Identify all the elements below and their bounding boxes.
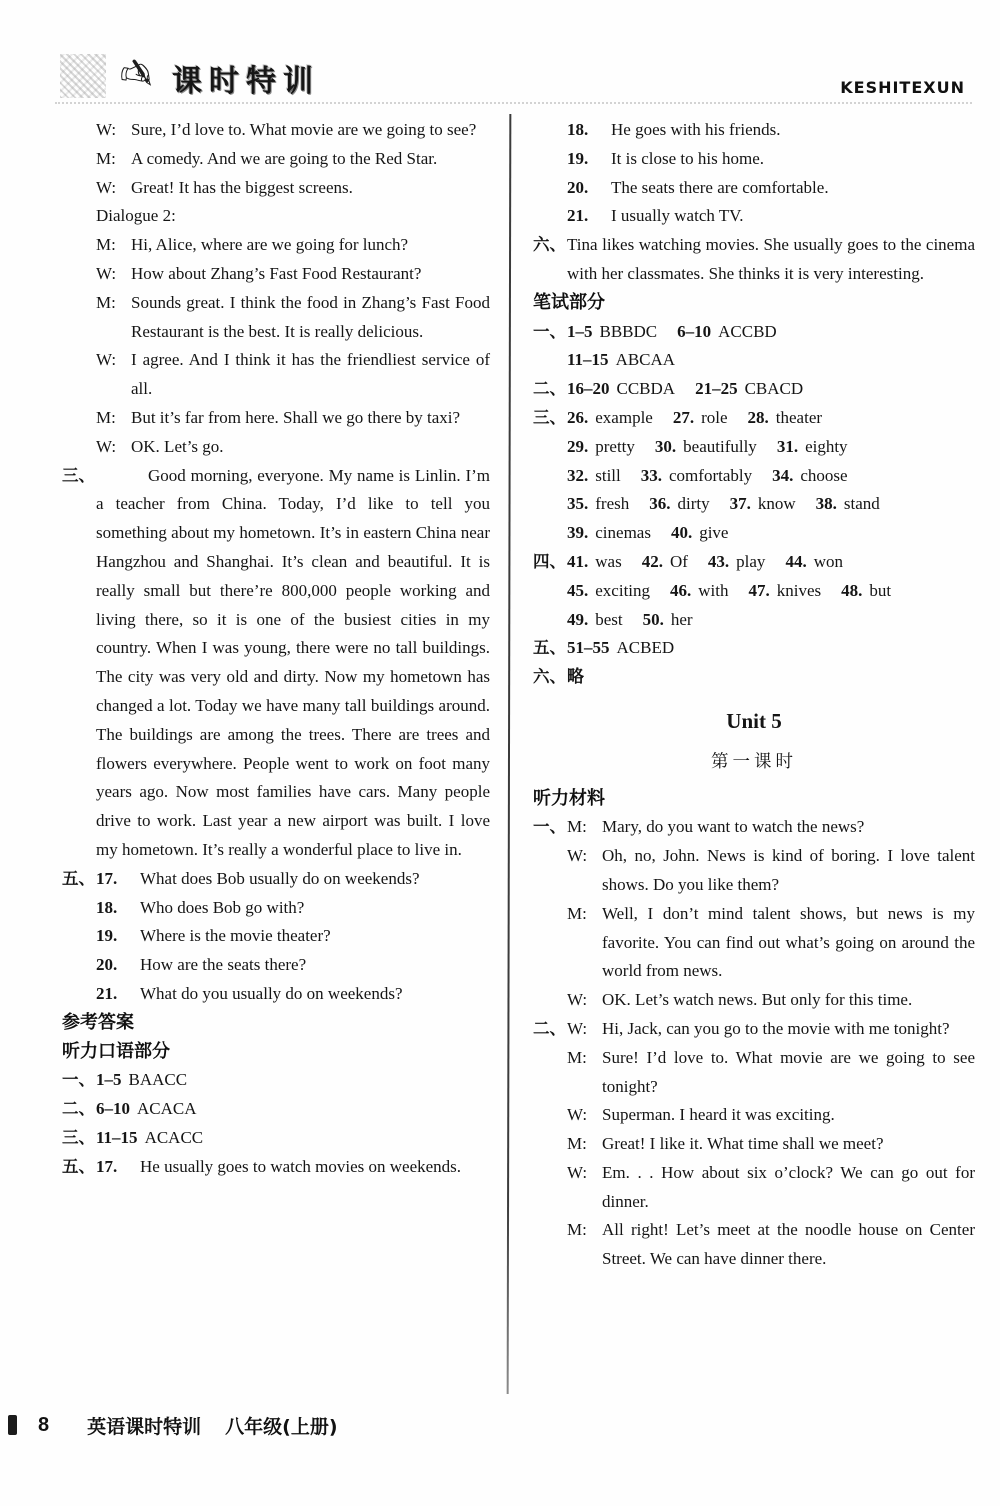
passage-text: Good morning, everyone. My name is Linli… [96,462,490,865]
answer-part: still [595,466,621,485]
answer-part: CCBDA [617,379,676,398]
answer-part: 39. [567,523,588,542]
item-number: 19. [96,922,140,951]
dialogue-text: Hi, Jack, can you go to the movie with m… [602,1015,975,1044]
answer-part: ACCBD [718,322,777,341]
answer-part: eighty [805,437,848,456]
speaker-label: W: [96,433,131,462]
speaker-label: M: [96,289,131,318]
speaker-label: W: [567,842,602,871]
answer-part: 30. [655,437,676,456]
lesson-subtitle: 第一课时 [533,748,975,777]
item-text: What do you usually do on weekends? [140,980,490,1009]
answer-part: 11–15 [567,350,609,369]
answer-part: 48. [841,581,862,600]
answers-line: 11–15ABCAA [533,346,975,375]
item-text: He goes with his friends. [611,116,975,145]
section-marker: 二、 [533,375,567,404]
answer-part: example [595,408,653,427]
answer-part: 11–15 [96,1128,138,1147]
answer-line-content: 32.still33.comfortably34.choose [567,462,975,491]
answers-line: 六、略 [533,663,975,692]
item-text: What does Bob usually do on weekends? [140,865,490,894]
section-heading: 听力口语部分 [62,1038,490,1067]
answer-part: BBBDC [600,322,658,341]
answer-part: beautifully [683,437,757,456]
item-text: Where is the movie theater? [140,922,490,951]
answers-line: 一、1–5BAACC [62,1066,490,1095]
dialogue-line: W:Great! It has the biggest screens. [62,174,490,203]
answer-part: 6–10 [677,322,711,341]
item-text: I usually watch TV. [611,202,975,231]
answers-line: 三、11–15ACACC [62,1124,490,1153]
passage-line: 六、Tina likes watching movies. She usuall… [533,231,975,289]
answer-part: fresh [595,494,629,513]
section-marker: 一、 [533,318,567,347]
answer-line-content: 略 [567,663,975,692]
dialogue-text: Sure, I’d love to. What movie are we goi… [131,116,490,145]
speaker-label: W: [567,986,602,1015]
footer-book-title: 英语课时特训 [87,1412,201,1439]
dialogue-line: M:Hi, Alice, where are we going for lunc… [62,231,490,260]
item-text: Who does Bob go with? [140,894,490,923]
item-number: 20. [96,951,140,980]
item-number: 17. [96,1153,140,1182]
answer-part: stand [844,494,880,513]
item-number: 17. [96,865,140,894]
answer-line-content: 11–15ACACC [96,1124,490,1153]
numbered-line: 21.What do you usually do on weekends? [62,980,490,1009]
answer-line-content: 11–15ABCAA [567,346,975,375]
answer-part: exciting [595,581,650,600]
dialogue-text: Sounds great. I think the food in Zhang’… [131,289,490,347]
answer-part: best [595,610,622,629]
answer-part: role [701,408,727,427]
answer-part: 46. [670,581,691,600]
answers-line: 32.still33.comfortably34.choose [533,462,975,491]
answer-part: 49. [567,610,588,629]
item-text: It is close to his home. [611,145,975,174]
answer-part: 29. [567,437,588,456]
brand-logo-text: 课时特训 [172,56,320,100]
section-marker: 二、 [533,1015,567,1044]
speaker-label: M: [96,404,131,433]
speaker-label: W: [567,1015,602,1044]
dialogue-line: M:Well, I don’t mind talent shows, but n… [533,900,975,986]
answer-part: 35. [567,494,588,513]
header-divider-rule [55,102,972,104]
dialogue-heading: Dialogue 2: [96,202,490,231]
dialogue-text: Well, I don’t mind talent shows, but new… [602,900,975,986]
dialogue-line: W:OK. Let’s go. [62,433,490,462]
section-marker: 三、 [62,1124,96,1153]
answer-part: play [736,552,765,571]
answers-line: 29.pretty30.beautifully31.eighty [533,433,975,462]
answer-part: ACACC [145,1128,204,1147]
item-number: 18. [96,894,140,923]
answer-part: 51–55 [567,638,610,657]
numbered-line: 20.How are the seats there? [62,951,490,980]
dialogue-line: M:But it’s far from here. Shall we go th… [62,404,490,433]
answers-line: 二、16–20CCBDA21–25CBACD [533,375,975,404]
answer-part: 26. [567,408,588,427]
answer-part: knives [777,581,821,600]
answer-part: know [758,494,796,513]
answer-part: 16–20 [567,379,610,398]
answers-line: 39.cinemas40.give [533,519,975,548]
unit-title: Unit 5 [533,707,975,736]
item-number: 19. [567,145,611,174]
numbered-line: 18.Who does Bob go with? [62,894,490,923]
answer-part: with [698,581,728,600]
dialogue-line: W:How about Zhang’s Fast Food Restaurant… [62,260,490,289]
answer-part: 43. [708,552,729,571]
dialogue-line: 二、W:Hi, Jack, can you go to the movie wi… [533,1015,975,1044]
dialogue-label-line: Dialogue 2: [62,202,490,231]
answer-part: 31. [777,437,798,456]
brand-name-latin: KESHITEXUN [840,78,965,97]
column-divider [507,114,511,1394]
dialogue-line: M:Great! I like it. What time shall we m… [533,1130,975,1159]
dialogue-line: M:A comedy. And we are going to the Red … [62,145,490,174]
answer-part: give [699,523,728,542]
numbered-line: 21.I usually watch TV. [533,202,975,231]
answer-line-content: 6–10ACACA [96,1095,490,1124]
section-marker: 五、 [533,634,567,663]
section-marker: 四、 [533,548,567,577]
passage-text: Tina likes watching movies. She usually … [567,231,975,289]
answer-line-content: 51–55ACBED [567,634,975,663]
answers-line: 三、26.example27.role28.theater [533,404,975,433]
item-number: 20. [567,174,611,203]
answer-part: 41. [567,552,588,571]
answers-line: 35.fresh36.dirty37.know38.stand [533,490,975,519]
dialogue-text: OK. Let’s go. [131,433,490,462]
answers-line: 一、1–5BBBDC6–10ACCBD [533,318,975,347]
speaker-label: M: [567,1044,602,1073]
dialogue-line: W:Superman. I heard it was exciting. [533,1101,975,1130]
answer-part: 28. [748,408,769,427]
dialogue-text: Hi, Alice, where are we going for lunch? [131,231,490,260]
speaker-label: W: [567,1101,602,1130]
dialogue-line: W:I agree. And I think it has the friend… [62,346,490,404]
section-marker: 一、 [62,1066,96,1095]
speaker-label: M: [567,1130,602,1159]
dialogue-line: M:Sounds great. I think the food in Zhan… [62,289,490,347]
speaker-label: M: [96,145,131,174]
speaker-label: W: [96,116,131,145]
left-column: W:Sure, I’d love to. What movie are we g… [62,116,490,1181]
answer-part: 34. [772,466,793,485]
writing-hand-icon: ✍ [117,48,157,100]
numbered-line: 五、17.What does Bob usually do on weekend… [62,865,490,894]
answer-part: 21–25 [695,379,738,398]
section-marker: 六、 [533,231,567,260]
item-text: He usually goes to watch movies on weeke… [140,1153,490,1182]
passage-line: 三、Good morning, everyone. My name is Lin… [62,462,490,865]
dialogue-text: How about Zhang’s Fast Food Restaurant? [131,260,490,289]
dialogue-text: OK. Let’s watch news. But only for this … [602,986,975,1015]
logo-texture-patch [60,54,106,98]
section-marker: 三、 [533,404,567,433]
dialogue-line: W:Em. . . How about six o’clock? We can … [533,1159,975,1217]
dialogue-line: W:Sure, I’d love to. What movie are we g… [62,116,490,145]
page-footer: 8 英语课时特训 八年级(上册) [8,1410,338,1440]
answer-line-content: 16–20CCBDA21–25CBACD [567,375,975,404]
numbered-line: 18.He goes with his friends. [533,116,975,145]
dialogue-text: All right! Let’s meet at the noodle hous… [602,1216,975,1274]
answer-line-content: 39.cinemas40.give [567,519,975,548]
page-header: ✍ 课时特训 KESHITEXUN [60,50,965,104]
answer-part: ACBED [617,638,675,657]
item-text: The seats there are comfortable. [611,174,975,203]
speaker-label: W: [96,174,131,203]
section-marker: 五、 [62,1153,96,1182]
section-heading: 笔试部分 [533,289,975,318]
page-number: 8 [38,1414,49,1437]
answer-part: 1–5 [96,1070,122,1089]
dialogue-text: A comedy. And we are going to the Red St… [131,145,490,174]
speaker-label: W: [567,1159,602,1188]
answer-part: 38. [816,494,837,513]
answer-part: comfortably [669,466,752,485]
dialogue-text: Oh, no, John. News is kind of boring. I … [602,842,975,900]
answer-part: 42. [642,552,663,571]
numbered-line: 20.The seats there are comfortable. [533,174,975,203]
speaker-label: M: [567,1216,602,1245]
answer-part: CBACD [745,379,804,398]
section-marker: 二、 [62,1095,96,1124]
answers-line: 49.best50.her [533,606,975,635]
section-heading: 听力材料 [533,785,975,814]
answer-part: choose [800,466,847,485]
numbered-line: 19.Where is the movie theater? [62,922,490,951]
answer-line-content: 45.exciting46.with47.knives48.but [567,577,975,606]
dialogue-line: M:Sure! I’d love to. What movie are we g… [533,1044,975,1102]
item-number: 18. [567,116,611,145]
item-number: 21. [96,980,140,1009]
dialogue-line: M:All right! Let’s meet at the noodle ho… [533,1216,975,1274]
answer-line-content: 41.was42.Of43.play44.won [567,548,975,577]
answer-line-content: 29.pretty30.beautifully31.eighty [567,433,975,462]
answer-part: 50. [643,610,664,629]
dialogue-line: 一、M:Mary, do you want to watch the news? [533,813,975,842]
section-marker: 六、 [533,663,567,692]
footer-grade-label: 八年级(上册) [225,1412,337,1439]
answer-part: BAACC [129,1070,188,1089]
speaker-label: W: [96,260,131,289]
answer-part: ACACA [137,1099,197,1118]
answers-line: 五、51–55ACBED [533,634,975,663]
answer-line-content: 26.example27.role28.theater [567,404,975,433]
answer-part: 44. [785,552,806,571]
answers-line: 二、6–10ACACA [62,1095,490,1124]
dialogue-text: Em. . . How about six o’clock? We can go… [602,1159,975,1217]
answers-line: 四、41.was42.Of43.play44.won [533,548,975,577]
section-marker: 三、 [62,462,96,491]
answer-line-content: 1–5BBBDC6–10ACCBD [567,318,975,347]
answers-line: 45.exciting46.with47.knives48.but [533,577,975,606]
answer-line-content: 1–5BAACC [96,1066,490,1095]
answer-part: won [814,552,843,571]
speaker-label: M: [567,900,602,929]
dialogue-text: Great! It has the biggest screens. [131,174,490,203]
dialogue-text: Mary, do you want to watch the news? [602,813,975,842]
answer-part: 1–5 [567,322,593,341]
answer-part: 37. [730,494,751,513]
dialogue-text: I agree. And I think it has the friendli… [131,346,490,404]
answer-part: 27. [673,408,694,427]
answer-part: cinemas [595,523,651,542]
answer-part: 36. [649,494,670,513]
answer-part: theater [776,408,822,427]
answer-part: dirty [677,494,709,513]
speaker-label: W: [96,346,131,375]
item-number: 21. [567,202,611,231]
section-marker: 一、 [533,813,567,842]
binding-mark [8,1415,17,1435]
answer-part: her [671,610,693,629]
dialogue-text: But it’s far from here. Shall we go ther… [131,404,490,433]
answer-part: 略 [567,667,584,686]
answer-part: but [869,581,891,600]
dialogue-text: Superman. I heard it was exciting. [602,1101,975,1130]
answer-part: Of [670,552,688,571]
answer-part: 32. [567,466,588,485]
answer-part: 6–10 [96,1099,130,1118]
dialogue-text: Great! I like it. What time shall we mee… [602,1130,975,1159]
answer-line-content: 35.fresh36.dirty37.know38.stand [567,490,975,519]
speaker-label: M: [567,813,602,842]
right-column: 18.He goes with his friends.19.It is clo… [533,116,975,1274]
speaker-label: M: [96,231,131,260]
dialogue-text: Sure! I’d love to. What movie are we goi… [602,1044,975,1102]
answer-part: 45. [567,581,588,600]
numbered-line: 19.It is close to his home. [533,145,975,174]
section-marker: 五、 [62,865,96,894]
answer-part: pretty [595,437,635,456]
dialogue-line: W:Oh, no, John. News is kind of boring. … [533,842,975,900]
answer-part: 40. [671,523,692,542]
dialogue-line: W:OK. Let’s watch news. But only for thi… [533,986,975,1015]
answer-part: was [595,552,621,571]
answer-part: ABCAA [616,350,676,369]
answer-part: 47. [749,581,770,600]
numbered-line: 五、17.He usually goes to watch movies on … [62,1153,490,1182]
item-text: How are the seats there? [140,951,490,980]
workbook-answer-page: ✍ 课时特训 KESHITEXUN W:Sure, I’d love to. W… [0,0,1000,1506]
section-heading: 参考答案 [62,1009,490,1038]
answer-part: 33. [641,466,662,485]
answer-line-content: 49.best50.her [567,606,975,635]
